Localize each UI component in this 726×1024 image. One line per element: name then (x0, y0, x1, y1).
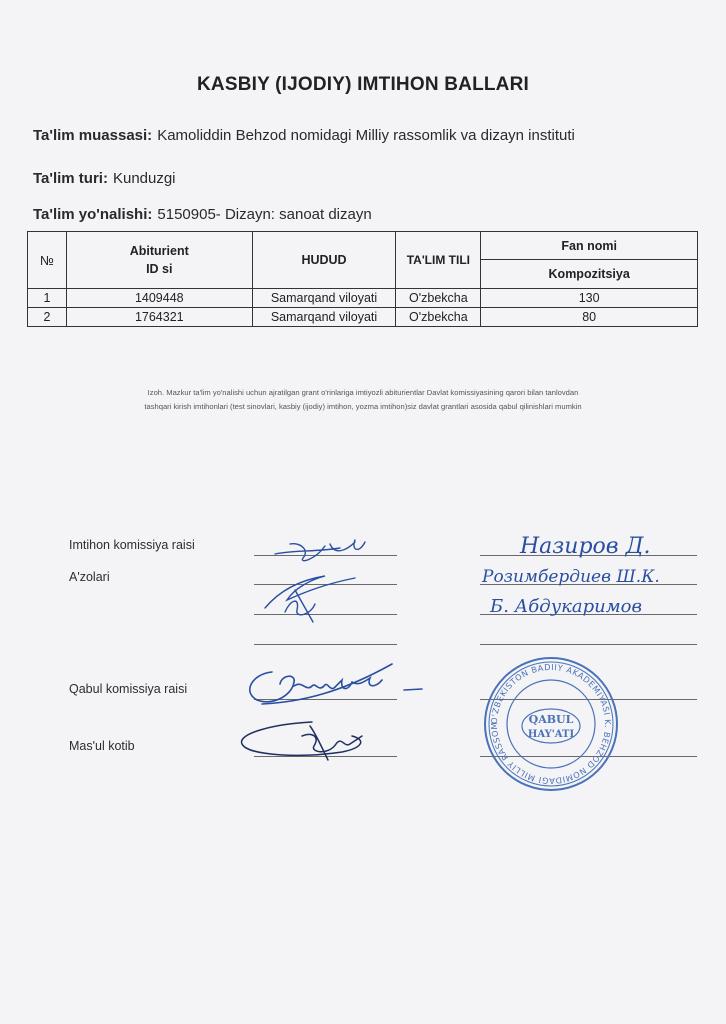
cell-language: O'zbekcha (396, 308, 481, 327)
direction-value: 5150905- Dizayn: sanoat dizayn (157, 206, 371, 223)
header-applicant-id-line1: Abiturient (67, 244, 252, 258)
table-header-row: № Abiturient ID si HUDUD TA'LIM TILI Fan… (28, 232, 698, 260)
note-line-1: Izoh. Mazkur ta'lim yo'nalishi uchun ajr… (38, 386, 688, 400)
cell-language: O'zbekcha (396, 289, 481, 308)
signature-line (254, 644, 397, 645)
study-form-line: Ta'lim turi:Kunduzgi (33, 170, 176, 187)
header-applicant-id: Abiturient ID si (66, 232, 252, 289)
institution-line: Ta'lim muassasi:Kamoliddin Behzod nomida… (33, 127, 575, 144)
cell-score: 80 (481, 308, 698, 327)
stamp-center-line-1: QABUL (529, 713, 574, 726)
direction-line: Ta'lim yo'nalishi:5150905- Dizayn: sanoa… (33, 206, 372, 223)
name-line (480, 644, 697, 645)
official-stamp: O'ZBEKISTON BADIIY AKADEMIYASI K. BEHZOD… (481, 654, 621, 794)
signature-exam-chair (255, 520, 405, 630)
cell-applicant-id: 1764321 (66, 308, 252, 327)
header-region: HUDUD (252, 232, 396, 289)
note-line-2: tashqari kirish imtihonlari (test sinovl… (38, 400, 688, 414)
handwritten-name-2: Розимбердиев Ш.К. (481, 567, 660, 587)
cell-number: 1 (28, 289, 67, 308)
note: Izoh. Mazkur ta'lim yo'nalishi uchun ajr… (38, 386, 688, 414)
cell-applicant-id: 1409448 (66, 289, 252, 308)
document-title: KASBIY (IJODIY) IMTIHON BALLARI (0, 74, 726, 96)
exam-commission-chair-label: Imtihon komissiya raisi (69, 538, 195, 552)
table-row: 2 1764321 Samarqand viloyati O'zbekcha 8… (28, 308, 698, 327)
header-language: TA'LIM TILI (396, 232, 481, 289)
stamp-center-line-2: HAY'ATI (528, 729, 575, 740)
cell-number: 2 (28, 308, 67, 327)
signature-admission-chair (232, 652, 432, 772)
study-form-label: Ta'lim turi: (33, 170, 108, 187)
table-row: 1 1409448 Samarqand viloyati O'zbekcha 1… (28, 289, 698, 308)
secretary-label: Mas'ul kotib (69, 739, 135, 753)
institution-value: Kamoliddin Behzod nomidagi Milliy rassom… (157, 127, 575, 144)
handwritten-name-1: Назиров Д. (519, 534, 650, 559)
members-label: A'zolari (69, 570, 110, 584)
cell-region: Samarqand viloyati (252, 308, 396, 327)
header-applicant-id-line2: ID si (67, 262, 252, 276)
institution-label: Ta'lim muassasi: (33, 127, 152, 144)
scores-table: № Abiturient ID si HUDUD TA'LIM TILI Fan… (27, 231, 698, 327)
header-subject: Kompozitsiya (481, 260, 698, 289)
handwritten-names: Назиров Д. Розимбердиев Ш.К. Б. Абдукари… (480, 525, 705, 625)
handwritten-name-3: Б. Абдукаримов (489, 596, 642, 617)
direction-label: Ta'lim yo'nalishi: (33, 206, 152, 223)
cell-score: 130 (481, 289, 698, 308)
admission-commission-chair-label: Qabul komissiya raisi (69, 682, 187, 696)
cell-region: Samarqand viloyati (252, 289, 396, 308)
study-form-value: Kunduzgi (113, 170, 176, 187)
header-number: № (28, 232, 67, 289)
header-subject-group: Fan nomi (481, 232, 698, 260)
